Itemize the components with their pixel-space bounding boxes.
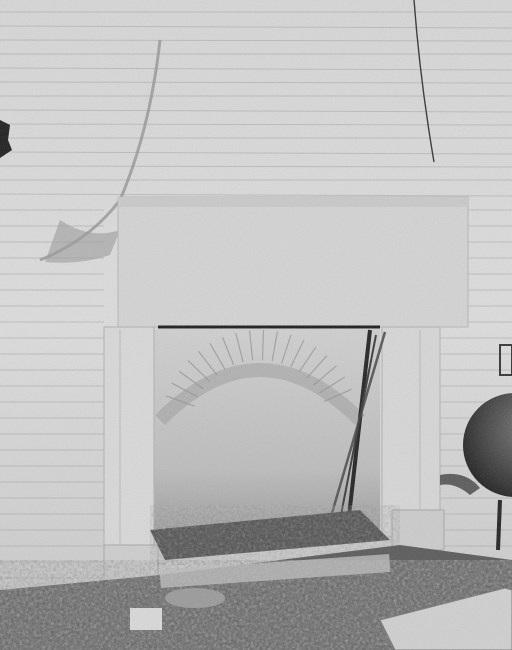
fireplace-photo xyxy=(0,0,512,650)
photo-canvas xyxy=(0,0,512,650)
film-grain xyxy=(0,0,512,650)
